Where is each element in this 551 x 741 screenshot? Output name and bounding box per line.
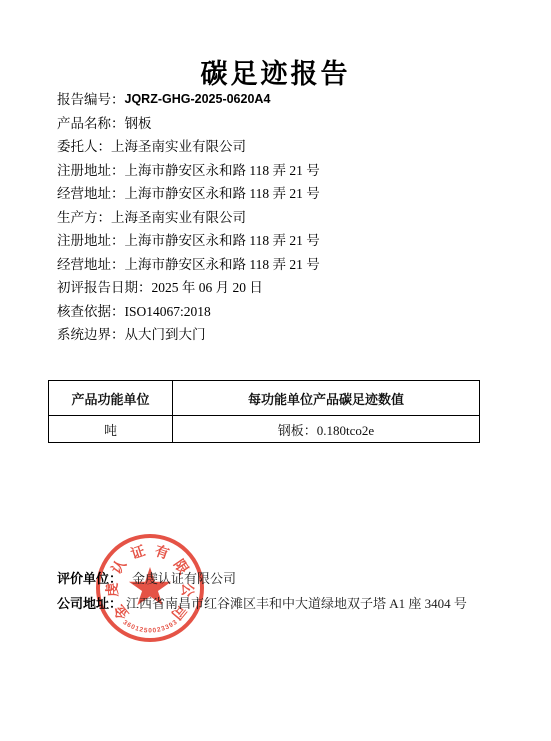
field-registered-address-2: 注册地址：上海市静安区永和路 118 弄 21 号: [57, 229, 521, 253]
field-label: 经营地址：: [57, 182, 125, 206]
field-label: 注册地址：: [57, 159, 125, 183]
seal-serial-digit: 5: [143, 627, 147, 634]
field-value: 上海市静安区永和路 118 弄 21 号: [125, 253, 320, 277]
field-value: 2025 年 06 月 20 日: [152, 276, 263, 300]
field-business-address-2: 经营地址：上海市静安区永和路 118 弄 21 号: [57, 253, 521, 277]
footer-address-line: 公司地址： 江西省南昌市红谷滩区丰和中大道绿地双子塔 A1 座 3404 号: [57, 593, 467, 611]
carbon-footprint-table: 产品功能单位 每功能单位产品碳足迹数值 吨 钢板：0.180tco2e: [48, 380, 480, 443]
table-cell-value: 钢板：0.180tco2e: [173, 416, 480, 443]
field-product-name: 产品名称：钢板: [57, 112, 521, 136]
field-label: 报告编号：: [57, 88, 125, 112]
report-page: 碳足迹报告 报告编号：JQRZ-GHG-2025-0620A4 产品名称：钢板 …: [0, 0, 551, 741]
table-cell-unit: 吨: [49, 416, 173, 443]
footer-evaluator-line: 评价单位： 金虔认证有限公司: [57, 568, 236, 586]
field-label: 核查依据：: [57, 300, 125, 324]
table-header-row: 产品功能单位 每功能单位产品碳足迹数值: [49, 381, 480, 416]
field-value: 上海圣南实业有限公司: [111, 135, 246, 159]
field-list: 报告编号：JQRZ-GHG-2025-0620A4 产品名称：钢板 委托人：上海…: [57, 88, 521, 347]
field-label: 系统边界：: [57, 323, 125, 347]
field-system-boundary: 系统边界：从大门到大门: [57, 323, 521, 347]
field-value: 上海市静安区永和路 118 弄 21 号: [125, 182, 320, 206]
footer-evaluator-label: 评价单位：: [57, 568, 122, 587]
field-initial-report-date: 初评报告日期：2025 年 06 月 20 日: [57, 276, 521, 300]
company-seal-stamp: 金虔认证有限公司 3601250023393: [96, 534, 204, 642]
seal-serial-digit: 0: [148, 628, 152, 635]
footer-evaluator-value: 金虔认证有限公司: [132, 568, 236, 587]
table-header-functional-unit: 产品功能单位: [49, 381, 173, 416]
field-value: JQRZ-GHG-2025-0620A4: [125, 88, 271, 112]
field-value: 上海市静安区永和路 118 弄 21 号: [125, 229, 320, 253]
field-business-address-1: 经营地址：上海市静安区永和路 118 弄 21 号: [57, 182, 521, 206]
field-client: 委托人：上海圣南实业有限公司: [57, 135, 521, 159]
field-registered-address-1: 注册地址：上海市静安区永和路 118 弄 21 号: [57, 159, 521, 183]
field-verification-basis: 核查依据：ISO14067:2018: [57, 300, 521, 324]
field-report-number: 报告编号：JQRZ-GHG-2025-0620A4: [57, 88, 521, 112]
table-row: 吨 钢板：0.180tco2e: [49, 416, 480, 443]
field-value: ISO14067:2018: [125, 300, 211, 324]
field-label: 产品名称：: [57, 112, 125, 136]
field-value: 钢板: [125, 112, 152, 136]
field-label: 注册地址：: [57, 229, 125, 253]
table-header-footprint-value: 每功能单位产品碳足迹数值: [173, 381, 480, 416]
field-value: 从大门到大门: [125, 323, 206, 347]
field-value: 上海圣南实业有限公司: [111, 206, 246, 230]
field-label: 委托人：: [57, 135, 111, 159]
field-label: 经营地址：: [57, 253, 125, 277]
field-producer: 生产方：上海圣南实业有限公司: [57, 206, 521, 230]
footer-address-value: 江西省南昌市红谷滩区丰和中大道绿地双子塔 A1 座 3404 号: [126, 593, 467, 612]
field-label: 初评报告日期：: [57, 276, 152, 300]
footer-address-label: 公司地址：: [57, 593, 122, 612]
field-value: 上海市静安区永和路 118 弄 21 号: [125, 159, 320, 183]
field-label: 生产方：: [57, 206, 111, 230]
page-title: 碳足迹报告: [0, 52, 551, 91]
